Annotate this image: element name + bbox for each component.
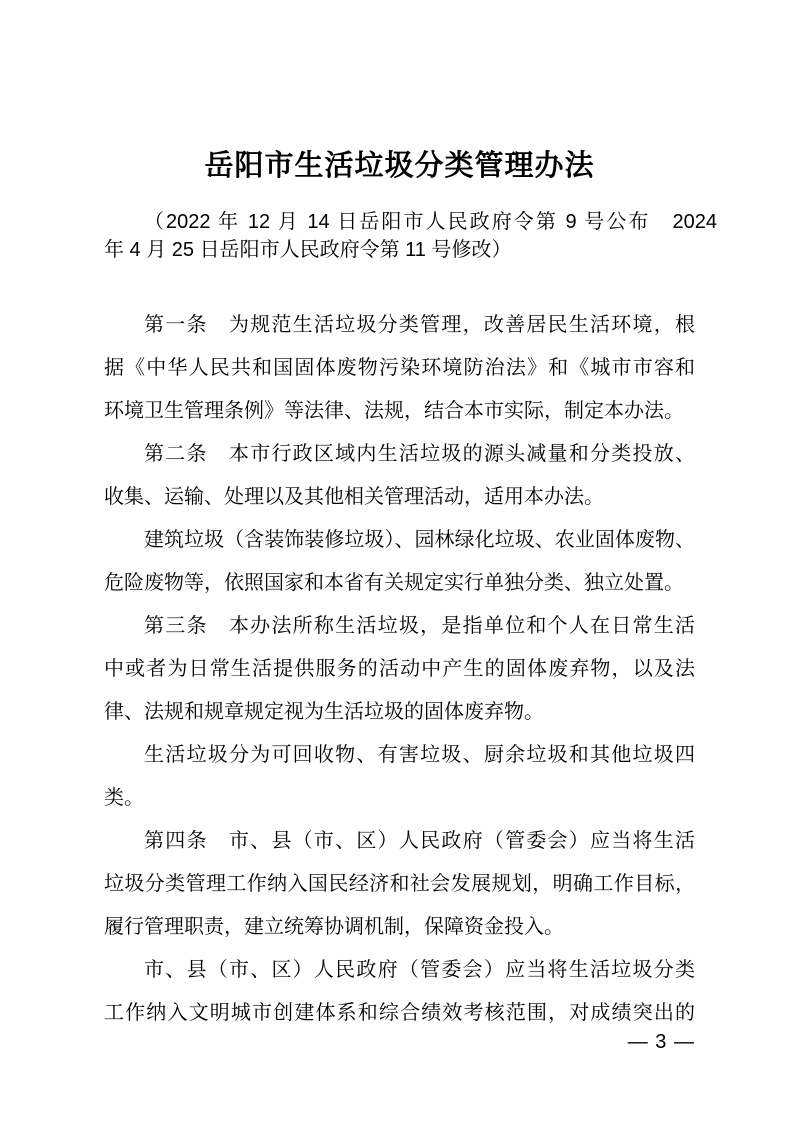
text-line: 第二条 本市行政区域内生活垃圾的源头减量和分类投放、 <box>104 433 695 476</box>
paragraph: 第四条 市、县（市、区）人民政府（管委会）应当将生活垃圾分类管理工作纳入国民经济… <box>104 820 695 949</box>
document-content: 岳阳市生活垃圾分类管理办法 （2022 年 12 月 14 日岳阳市人民政府令第… <box>104 148 695 1035</box>
text-line: 第一条 为规范生活垃圾分类管理，改善居民生活环境，根 <box>104 304 695 347</box>
text-line: 市、县（市、区）人民政府（管委会）应当将生活垃圾分类 <box>104 949 695 992</box>
text-line: 垃圾分类管理工作纳入国民经济和社会发展规划，明确工作目标， <box>104 863 695 906</box>
text-line: 生活垃圾分为可回收物、有害垃圾、厨余垃圾和其他垃圾四 <box>104 734 695 777</box>
text-line: 履行管理职责，建立统筹协调机制，保障资金投入。 <box>104 906 695 949</box>
document-title: 岳阳市生活垃圾分类管理办法 <box>104 148 695 184</box>
paragraph: 第二条 本市行政区域内生活垃圾的源头减量和分类投放、收集、运输、处理以及其他相关… <box>104 433 695 519</box>
paragraph: 市、县（市、区）人民政府（管委会）应当将生活垃圾分类工作纳入文明城市创建体系和综… <box>104 949 695 1035</box>
paragraph: 生活垃圾分为可回收物、有害垃圾、厨余垃圾和其他垃圾四类。 <box>104 734 695 820</box>
text-line: 第三条 本办法所称生活垃圾，是指单位和个人在日常生活 <box>104 605 695 648</box>
paragraph: 第三条 本办法所称生活垃圾，是指单位和个人在日常生活中或者为日常生活提供服务的活… <box>104 605 695 734</box>
text-line: 收集、运输、处理以及其他相关管理活动，适用本办法。 <box>104 476 695 519</box>
text-line: 工作纳入文明城市创建体系和综合绩效考核范围，对成绩突出的 <box>104 992 695 1035</box>
text-line: 环境卫生管理条例》等法律、法规，结合本市实际，制定本办法。 <box>104 390 695 433</box>
text-line: （2022 年 12 月 14 日岳阳市人民政府令第 9 号公布 2024 <box>104 208 717 236</box>
text-line: 律、法规和规章规定视为生活垃圾的固体废弃物。 <box>104 691 695 734</box>
text-line: 据《中华人民共和国固体废物污染环境防治法》和《城市市容和 <box>104 347 695 390</box>
text-line: 第四条 市、县（市、区）人民政府（管委会）应当将生活 <box>104 820 695 863</box>
paragraph: 第一条 为规范生活垃圾分类管理，改善居民生活环境，根据《中华人民共和国固体废物污… <box>104 304 695 433</box>
paragraph: 建筑垃圾（含装饰装修垃圾）、园林绿化垃圾、农业固体废物、危险废物等，依照国家和本… <box>104 519 695 605</box>
text-line: 年 4 月 25 日岳阳市人民政府令第 11 号修改） <box>104 236 717 264</box>
document-body: 第一条 为规范生活垃圾分类管理，改善居民生活环境，根据《中华人民共和国固体废物污… <box>104 304 695 1035</box>
text-line: 危险废物等，依照国家和本省有关规定实行单独分类、独立处置。 <box>104 562 695 605</box>
document-page: 岳阳市生活垃圾分类管理办法 （2022 年 12 月 14 日岳阳市人民政府令第… <box>0 0 793 1122</box>
text-line: 建筑垃圾（含装饰装修垃圾）、园林绿化垃圾、农业固体废物、 <box>104 519 695 562</box>
text-line: 中或者为日常生活提供服务的活动中产生的固体废弃物，以及法 <box>104 648 695 691</box>
page-number: — 3 — <box>628 1031 695 1053</box>
publication-info: （2022 年 12 月 14 日岳阳市人民政府令第 9 号公布 2024年 4… <box>104 208 717 264</box>
text-line: 类。 <box>104 777 695 820</box>
